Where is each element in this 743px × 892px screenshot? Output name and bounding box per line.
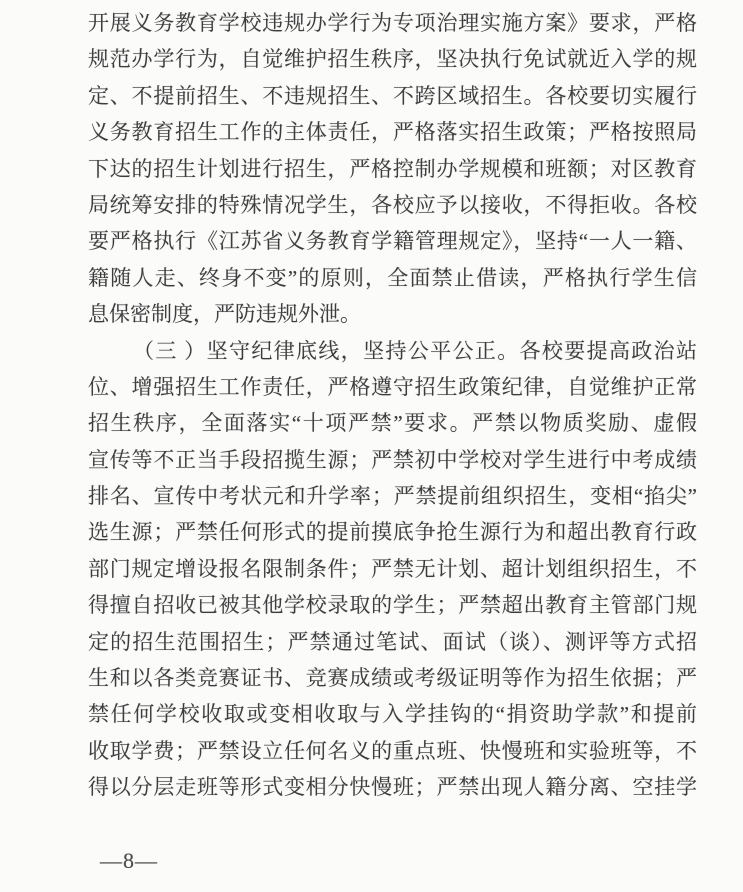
text-line: 宣传等不正当手段招揽生源；严禁初中学校对学生进行中考成绩: [88, 442, 697, 478]
text-line: 得擅自招收已被其他学校录取的学生；严禁超出教育主管部门规: [88, 587, 697, 623]
text-line: 下达的招生计划进行招生，严格控制办学规模和班额；对区教育: [88, 151, 697, 187]
text-line: 生和以各类竞赛证书、竞赛成绩或考级证明等作为招生依据；严: [88, 660, 697, 696]
text-line: 排名、宣传中考状元和升学率；严禁提前组织招生，变相“掐尖”: [88, 478, 697, 514]
text-line: 禁任何学校收取或变相收取与入学挂钩的“捐资助学款”和提前: [88, 696, 697, 732]
text-line: 籍随人走、终身不变”的原则，全面禁止借读，严格执行学生信: [88, 260, 697, 296]
document-page: 开展义务教育学校违规办学行为专项治理实施方案》要求，严格 规范办学行为，自觉维护…: [0, 0, 743, 892]
text-line: 义务教育招生工作的主体责任，严格落实招生政策；严格按照局: [88, 114, 697, 150]
text-line: 位、增强招生工作责任，严格遵守招生政策纪律，自觉维护正常: [88, 369, 697, 405]
text-line: 开展义务教育学校违规办学行为专项治理实施方案》要求，严格: [88, 5, 697, 41]
text-line: 选生源；严禁任何形式的提前摸底争抢生源行为和超出教育行政: [88, 514, 697, 550]
text-line-paragraph-start: （三 ）坚守纪律底线，坚持公平公正。各校要提高政治站: [88, 333, 697, 369]
text-line: 收取学费；严禁设立任何名义的重点班、快慢班和实验班等，不: [88, 733, 697, 769]
text-line: 得以分层走班等形式变相分快慢班；严禁出现人籍分离、空挂学: [88, 769, 697, 805]
text-line: 规范办学行为，自觉维护招生秩序，坚决执行免试就近入学的规: [88, 41, 697, 77]
text-line: 局统筹安排的特殊情况学生，各校应予以接收，不得拒收。各校: [88, 187, 697, 223]
text-line: 招生秩序，全面落实“十项严禁”要求。严禁以物质奖励、虚假: [88, 405, 697, 441]
text-line: 部门规定增设报名限制条件；严禁无计划、超计划组织招生，不: [88, 551, 697, 587]
body-text: 开展义务教育学校违规办学行为专项治理实施方案》要求，严格 规范办学行为，自觉维护…: [88, 5, 697, 806]
text-line: 定、不提前招生、不违规招生、不跨区域招生。各校要切实履行: [88, 78, 697, 114]
page-number: —8—: [100, 848, 158, 874]
text-line: 息保密制度，严防违规外泄。: [88, 296, 697, 332]
text-line: 定的招生范围招生；严禁通过笔试、面试（谈）、测评等方式招: [88, 624, 697, 660]
text-line: 要严格执行《江苏省义务教育学籍管理规定》，坚持“一人一籍、: [88, 223, 697, 259]
